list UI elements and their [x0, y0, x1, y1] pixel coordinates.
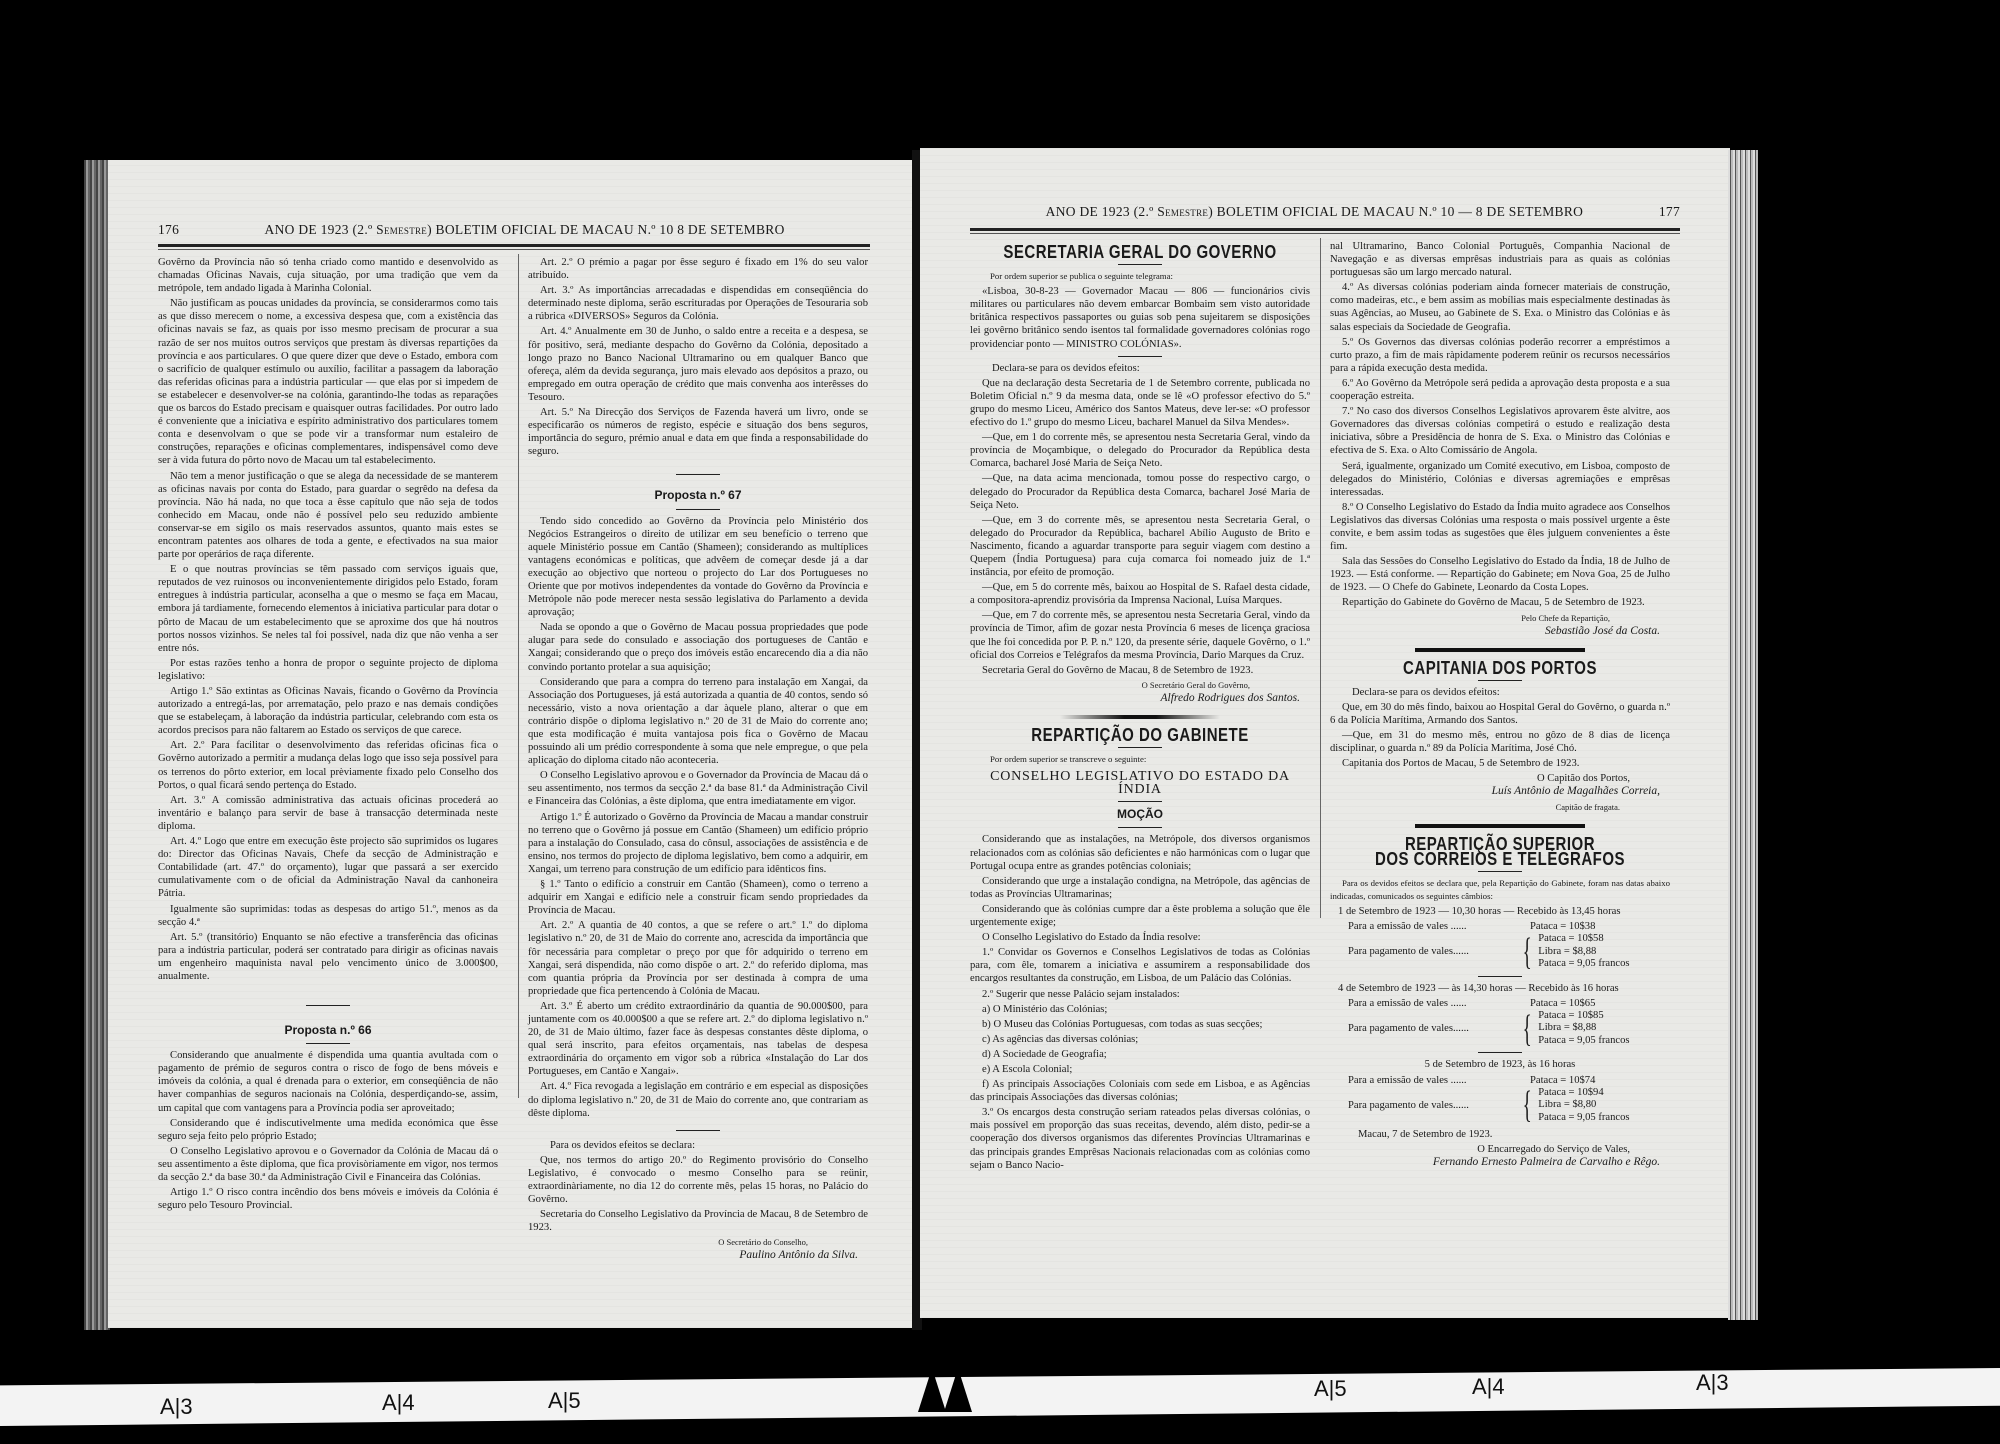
section-rule: [1118, 356, 1162, 357]
exchange-heading: 4 de Setembro de 1923 — às 14,30 horas —…: [1330, 982, 1670, 995]
exchange-heading: 1 de Setembro de 1923 — 10,30 horas — Re…: [1330, 905, 1670, 918]
running-head-right: ANO DE 1923 (2.º Semestre) BOLETIM OFICI…: [970, 204, 1680, 220]
paragraph: O Conselho Legislativo aprovou e o Gover…: [158, 1145, 498, 1184]
section-rule: [306, 1043, 350, 1044]
paragraph: Secretaria do Conselho Legislativo da Pr…: [528, 1208, 868, 1234]
page-stack-edge-right: [1728, 150, 1758, 1320]
paragraph: 1.º Convidar os Governos e Conselhos Leg…: [970, 946, 1310, 985]
paragraph: 6.º Ao Govêrno da Metrópole será pedida …: [1330, 377, 1670, 403]
section-rule: [676, 474, 720, 475]
paragraph: Tendo sido concedido ao Govêrno da Proví…: [528, 515, 868, 620]
article: Artigo 1.º É autorizado o Govêrno da Pro…: [528, 811, 868, 876]
paragraph: Sala das Sessões do Conselho Legislativo…: [1330, 555, 1670, 594]
payment-label: Para pagamento de vales......: [1348, 1099, 1518, 1112]
frame-notch: [944, 1368, 972, 1412]
section-rule: [1478, 1052, 1522, 1053]
article: Art. 4.º Fica revogada a legislação em c…: [528, 1080, 868, 1119]
article: Igualmente são suprimidas: todas as desp…: [158, 903, 498, 929]
section-rule: [1118, 264, 1162, 265]
frame-mark: A|3: [1696, 1370, 1729, 1396]
exchange-entry: 5 de Setembro de 1923, às 16 horas Para …: [1330, 1058, 1670, 1124]
article: Art. 2.º A quantia de 40 contos, a que s…: [528, 919, 868, 998]
ornamental-rule: [1060, 715, 1220, 719]
article: Art. 2.º Para facilitar o desenvolviment…: [158, 739, 498, 791]
declaration-lead: Para os devidos efeitos se declara:: [528, 1139, 868, 1152]
article: Art. 3.º A comissão administrativa das a…: [158, 794, 498, 833]
paragraph: Repartição do Gabinete do Govêrno de Mac…: [1330, 596, 1670, 609]
emission-label: Para a emissão de vales ......: [1348, 920, 1518, 933]
right-page-column-2: nal Ultramarino, Banco Colonial Portuguê…: [1330, 240, 1670, 1169]
paragraph: Por estas razões tenho a honra de propor…: [158, 657, 498, 683]
paragraph: —Que, em 1 do corrente mês, se apresento…: [970, 431, 1310, 470]
section-rule: [1478, 871, 1522, 872]
declaration-lead: Declara-se para os devidos efeitos:: [970, 362, 1310, 375]
paragraph: 3.º Os encargos desta construção seriam …: [970, 1106, 1310, 1171]
payment-rate: Libra = $8,88: [1538, 1022, 1629, 1035]
paragraph: 2.º Sugerir que nesse Palácio sejam inst…: [970, 988, 1310, 1001]
paragraph: Considerando que as instalações, na Metr…: [970, 833, 1310, 872]
section-rule-thick: [1415, 824, 1585, 828]
signature-rank: Capitão de fragata.: [1330, 801, 1670, 814]
paragraph: —Que, em 5 do corrente mês, baixou ao Ho…: [970, 581, 1310, 607]
payment-rate: Pataca = 9,05 francos: [1538, 1112, 1629, 1125]
section-rule: [1118, 801, 1162, 802]
exchange-entry: 4 de Setembro de 1923 — às 14,30 horas —…: [1330, 982, 1670, 1054]
payment-rate: Pataca = 9,05 francos: [1538, 958, 1629, 971]
paragraph: —Que, em 31 do mesmo mês, entrou no gôzo…: [1330, 729, 1670, 755]
payment-label: Para pagamento de vales......: [1348, 1022, 1518, 1035]
section-rule: [1478, 976, 1522, 977]
paragraph: Será, igualmente, organizado um Comité e…: [1330, 460, 1670, 499]
paragraph: O Conselho Legislativo do Estado da Índi…: [970, 931, 1310, 944]
mocao-title: MOÇÃO: [970, 808, 1310, 821]
signature-name: Sebastião José da Costa.: [1330, 625, 1670, 638]
paragraph: Que, nos termos do artigo 20.º do Regime…: [528, 1154, 868, 1206]
payment-rate: Libra = $8,80: [1538, 1099, 1629, 1112]
paragraph: Que na declaração desta Secretaria de 1 …: [970, 377, 1310, 429]
signature-label: Pelo Chefe da Repartição,: [1330, 612, 1670, 625]
section-rule: [676, 1130, 720, 1131]
frame-mark: A|5: [548, 1388, 581, 1414]
page-number: 176: [158, 222, 179, 238]
brace-glyph: {: [1523, 1090, 1532, 1120]
capitania-title: CAPITANIA DOS PORTOS: [1330, 660, 1670, 676]
page-176: 176 ANO DE 1923 (2.º Semestre) BOLETIM O…: [108, 160, 920, 1328]
list-item: b) O Museu das Colónias Portuguesas, com…: [970, 1018, 1310, 1031]
payment-rate: Pataca = 9,05 francos: [1538, 1035, 1629, 1048]
section-rule: [1478, 680, 1522, 681]
paragraph: 4.º As diversas colónias poderiam ainda …: [1330, 281, 1670, 333]
intro: Por ordem superior se transcreve o segui…: [970, 753, 1310, 766]
paragraph: 7.º No caso dos diversos Conselhos Legis…: [1330, 405, 1670, 457]
brace-glyph: {: [1523, 1014, 1532, 1044]
article: Art. 2.º O prémio a pagar por êsse segur…: [528, 256, 868, 282]
section-rule: [676, 509, 720, 510]
paragraph: Considerando que anualmente é dispendida…: [158, 1049, 498, 1114]
article: Art. 5.º Na Direcção dos Serviços de Faz…: [528, 406, 868, 458]
right-page-column-1: SECRETARIA GERAL DO GOVERNO Por ordem su…: [970, 240, 1310, 1174]
exchange-heading: 5 de Setembro de 1923, às 16 horas: [1330, 1058, 1670, 1071]
article: Art. 3.º É aberto um crédito extraordiná…: [528, 1000, 868, 1079]
payment-rate: Pataca = 10$85: [1538, 1010, 1629, 1023]
paragraph: Considerando que urge a instalação condi…: [970, 875, 1310, 901]
header-rule: [970, 228, 1680, 231]
page-number: 177: [1659, 204, 1680, 220]
payment-label: Para pagamento de vales......: [1348, 945, 1518, 958]
list-item: d) A Sociedade de Geografia;: [970, 1048, 1310, 1061]
telegram: «Lisboa, 30-8-23 — Governador Macau — 80…: [970, 285, 1310, 350]
intro: Por ordem superior se publica o seguinte…: [970, 270, 1310, 283]
running-head-left: 176 ANO DE 1923 (2.º Semestre) BOLETIM O…: [158, 222, 870, 238]
left-page-column-2: Art. 2.º O prémio a pagar por êsse segur…: [528, 256, 868, 1263]
signature-name: Luís Antônio de Magalhães Correia,: [1330, 785, 1670, 798]
article: § 1.º Tanto o edifício a construir em Ca…: [528, 878, 868, 917]
article: Art. 4.º Anualmente em 30 de Junho, o sa…: [528, 325, 868, 404]
signature-label: O Capitão dos Portos,: [1330, 772, 1670, 785]
signature-label: O Encarregado do Serviço de Vales,: [1330, 1143, 1670, 1156]
list-item: c) As agências das diversas colónias;: [970, 1033, 1310, 1046]
signature-name: Fernando Ernesto Palmeira de Carvalho e …: [1330, 1156, 1670, 1169]
correios-title-line2: DOS CORREIOS E TELÉGRAFOS: [1330, 851, 1670, 867]
section-rule-thick: [1415, 648, 1585, 652]
paragraph: 8.º O Conselho Legislativo do Estado da …: [1330, 501, 1670, 553]
paragraph: Que, em 30 do mês findo, baixou ao Hospi…: [1330, 701, 1670, 727]
payment-rate: Libra = $8,88: [1538, 946, 1629, 959]
payment-rate: Pataca = 10$94: [1538, 1087, 1629, 1100]
signature-name: Paulino Antônio da Silva.: [528, 1249, 868, 1262]
exchange-entry: 1 de Setembro de 1923 — 10,30 horas — Re…: [1330, 905, 1670, 977]
paragraph: Não justificam as poucas unidades da pro…: [158, 297, 498, 467]
paragraph: —Que, em 7 do corrente mês, se apresento…: [970, 609, 1310, 661]
paragraph: Govêrno da Província não só tenha criado…: [158, 256, 498, 295]
section-rule: [1118, 827, 1162, 828]
paragraph: Considerando que às colónias cumpre dar …: [970, 903, 1310, 929]
frame-mark: A|4: [1472, 1374, 1505, 1400]
council-heading: CONSELHO LEGISLATIVO DO ESTADO DA ÍNDIA: [970, 770, 1310, 796]
paragraph: Não tem a menor justificação o que se al…: [158, 470, 498, 562]
paragraph: O Conselho Legislativo aprovou e o Gover…: [528, 769, 868, 808]
article: Art. 4.º Logo que entre em execução êste…: [158, 835, 498, 900]
secretaria-title: SECRETARIA GERAL DO GOVERNO: [970, 244, 1310, 260]
article: Artigo 1.º O risco contra incêndio dos b…: [158, 1186, 498, 1212]
paragraph: 5.º Os Governos das diversas colónias po…: [1330, 336, 1670, 375]
emission-label: Para a emissão de vales ......: [1348, 997, 1518, 1010]
article: Art. 3.º As importâncias arrecadadas e d…: [528, 284, 868, 323]
closing-date: Macau, 7 de Setembro de 1923.: [1330, 1128, 1670, 1141]
gabinete-title: REPARTIÇÃO DO GABINETE: [970, 727, 1310, 743]
column-divider: [1320, 238, 1321, 918]
list-item: a) O Ministério das Colónias;: [970, 1003, 1310, 1016]
paragraph: E o que noutras províncias se têm passad…: [158, 563, 498, 655]
frame-mark: A|5: [1314, 1376, 1347, 1402]
paragraph: Secretaria Geral do Govêrno de Macau, 8 …: [970, 664, 1310, 677]
left-page-column-1: Govêrno da Província não só tenha criado…: [158, 256, 498, 1214]
intro: Para os devidos efeitos se declara que, …: [1330, 877, 1670, 903]
section-rule: [306, 1005, 350, 1006]
frame-mark: A|4: [382, 1390, 415, 1416]
list-item: e) A Escola Colonial;: [970, 1063, 1310, 1076]
paragraph: Nada se opondo a que o Govêrno de Macau …: [528, 621, 868, 673]
article: Artigo 1.º São extintas as Oficinas Nava…: [158, 685, 498, 737]
payment-rate: Pataca = 10$58: [1538, 933, 1629, 946]
proposta-66-title: Proposta n.º 66: [158, 1024, 498, 1037]
page-177: ANO DE 1923 (2.º Semestre) BOLETIM OFICI…: [920, 148, 1730, 1318]
column-divider: [518, 254, 519, 1098]
page-stack-edge-left: [84, 160, 110, 1330]
running-head-title: ANO DE 1923 (2.º Semestre) BOLETIM OFICI…: [179, 222, 870, 238]
proposta-67-title: Proposta n.º 67: [528, 489, 868, 502]
paragraph: Considerando que é indiscutivelmente uma…: [158, 1117, 498, 1143]
signature-label: O Secretário do Conselho,: [528, 1236, 868, 1249]
signature-name: Alfredo Rodrigues dos Santos.: [970, 692, 1310, 705]
section-rule: [1118, 747, 1162, 748]
emission-label: Para a emissão de vales ......: [1348, 1074, 1518, 1087]
paragraph: —Que, em 3 do corrente mês, se apresento…: [970, 514, 1310, 579]
running-head-title: ANO DE 1923 (2.º Semestre) BOLETIM OFICI…: [970, 204, 1659, 220]
signature-label: O Secretário Geral do Govêrno,: [970, 679, 1310, 692]
paragraph: Capitania dos Portos de Macau, 5 de Sete…: [1330, 757, 1670, 770]
frame-mark: A|3: [160, 1394, 193, 1420]
paragraph: —Que, na data acima mencionada, tomou po…: [970, 472, 1310, 511]
header-rule: [158, 244, 870, 247]
frame-notch: [918, 1368, 946, 1412]
paragraph: nal Ultramarino, Banco Colonial Portuguê…: [1330, 240, 1670, 279]
article: Art. 5.º (transitório) Enquanto se não e…: [158, 931, 498, 983]
list-item: f) As principais Associações Coloniais c…: [970, 1078, 1310, 1104]
paragraph: Considerando que para a compra do terren…: [528, 676, 868, 768]
brace-glyph: {: [1523, 937, 1532, 967]
declaration-lead: Declara-se para os devidos efeitos:: [1330, 686, 1670, 699]
